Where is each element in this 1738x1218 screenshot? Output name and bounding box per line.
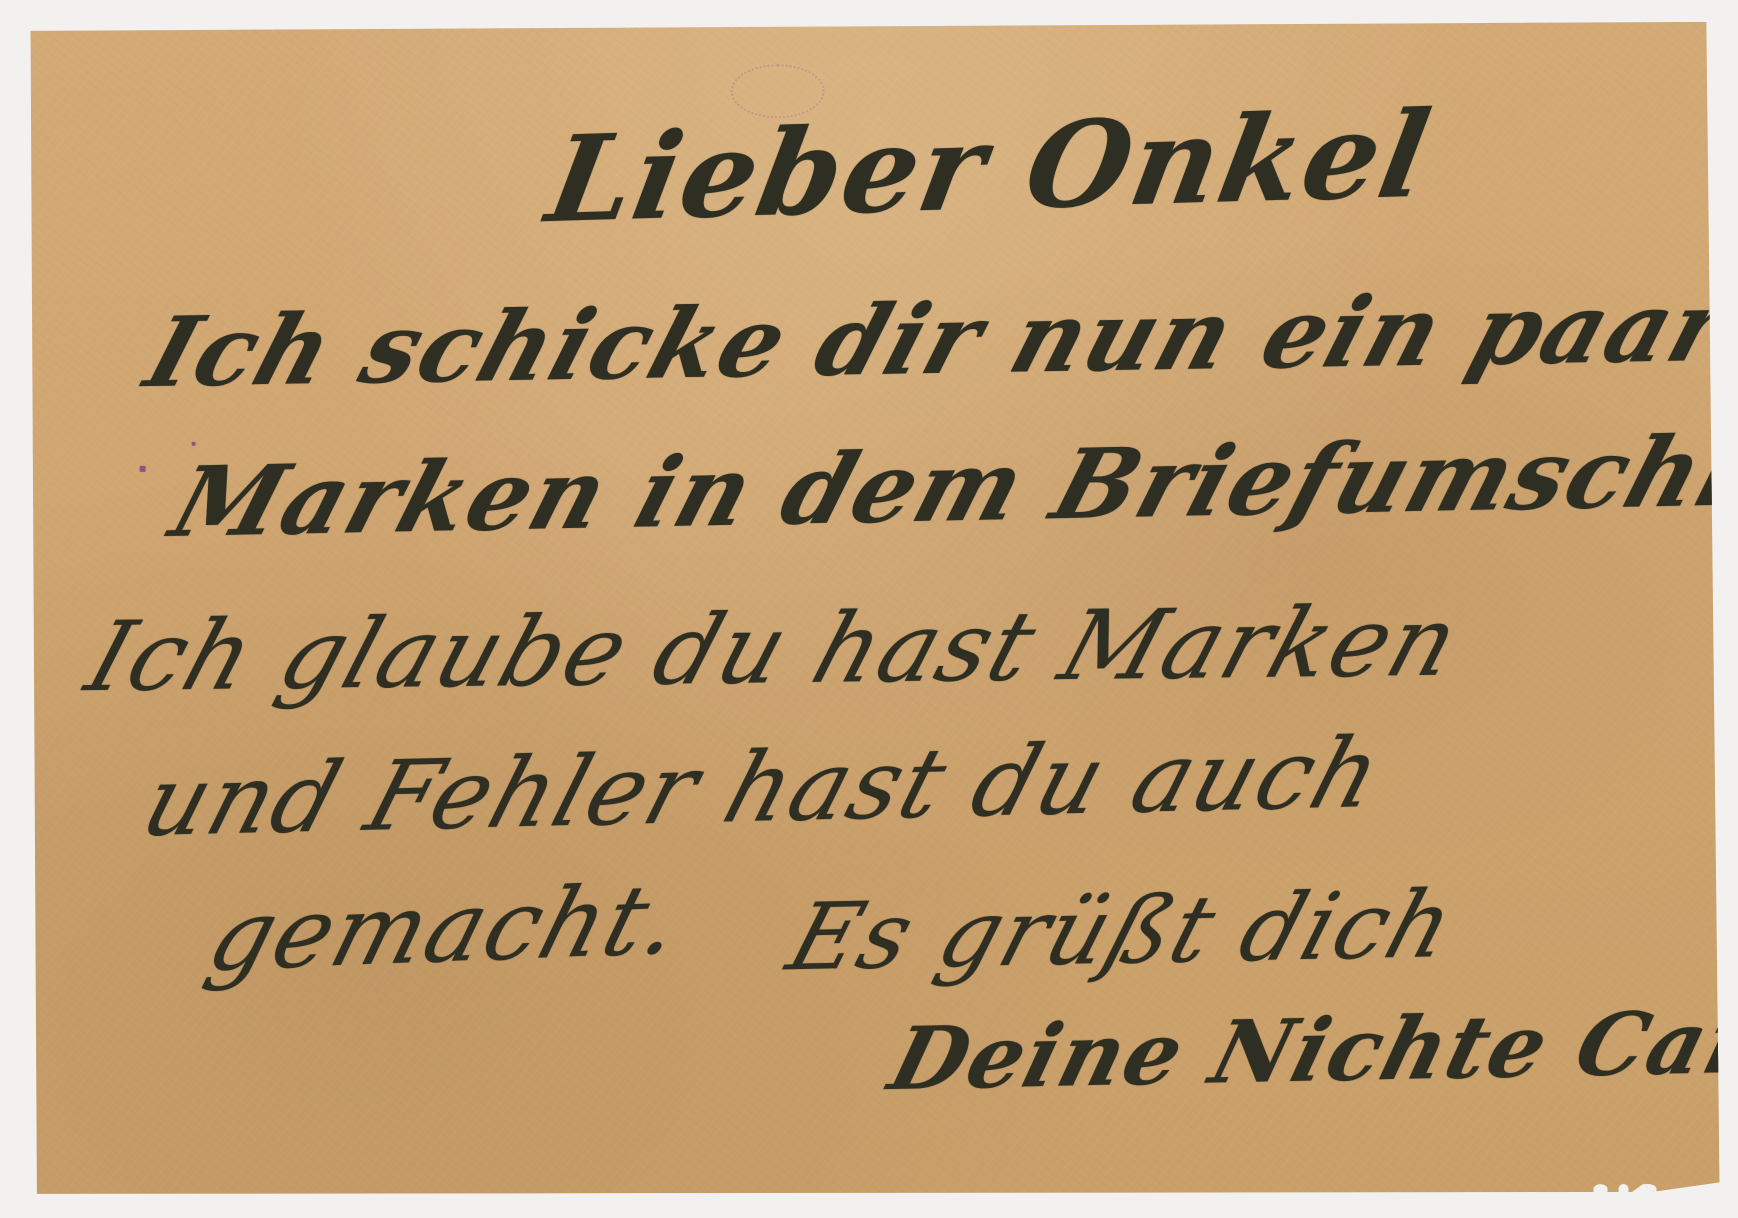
scan-background: Lieber Onkel Ich schicke dir nun ein paa… (0, 0, 1738, 1218)
body-line-5: gemacht. (197, 863, 696, 994)
closing: Es grüßt dich (777, 871, 1468, 992)
postcard: Lieber Onkel Ich schicke dir nun ein paa… (30, 22, 1719, 1196)
body-line-3: Ich glaube du hast Marken (75, 585, 1474, 713)
signature: Deine Nichte Carla (880, 990, 1738, 1111)
torn-edge (1639, 1184, 1657, 1194)
body-line-4: und Fehler hast du auch (131, 716, 1396, 858)
body-line-2: Marken in dem Briefumschl. (159, 413, 1738, 559)
torn-edge (1619, 1184, 1629, 1194)
body-line-1: Ich schicke dir nun ein paar (134, 269, 1738, 409)
salutation: Lieber Onkel (538, 84, 1441, 249)
torn-edge (1594, 1184, 1608, 1194)
ink-speck (140, 466, 146, 472)
